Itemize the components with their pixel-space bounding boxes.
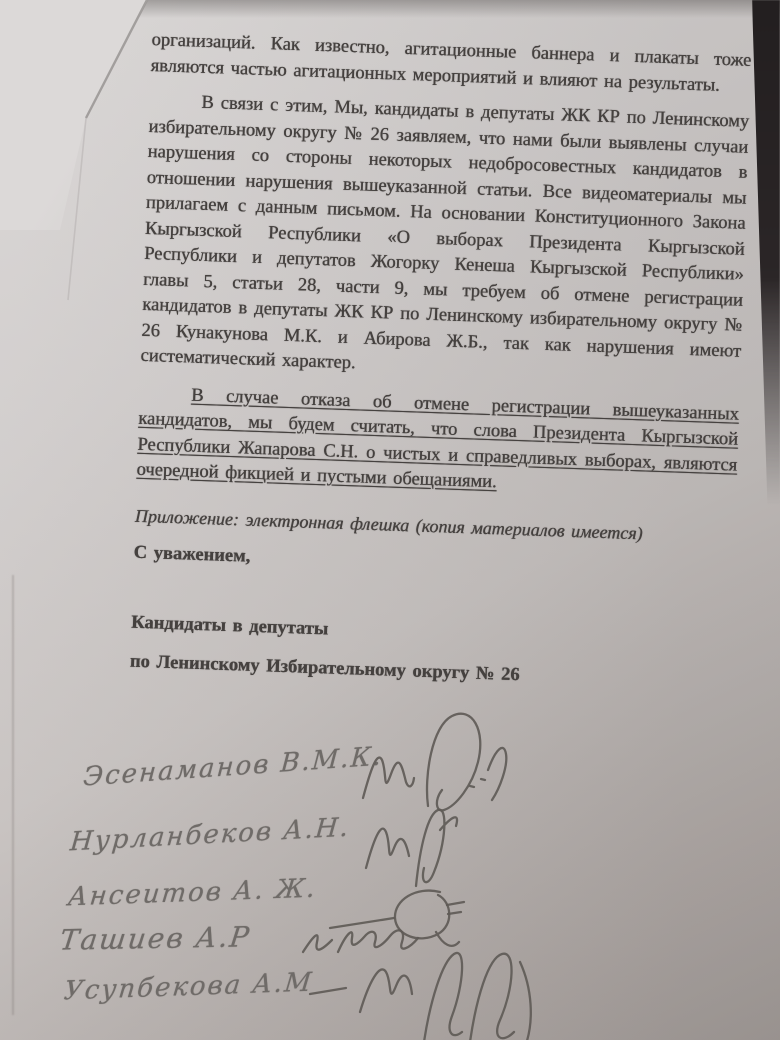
paragraph-violations-demand: В связи с этим, Мы, кандидаты в депутаты… [140,89,749,390]
background-edge-strip [752,0,780,505]
regards-line: С уважением, [133,541,734,587]
page-corner-fold [0,0,160,230]
signature-3-stroke [447,902,464,914]
paper-crease [12,575,14,1015]
signature-2-stroke [366,829,409,868]
document-photo: организаций. Как известно, агитационные … [0,0,780,1040]
signature-3-stroke [395,891,459,946]
signature-4-stroke [303,935,332,952]
signature-5-stroke [424,953,462,1040]
signature-4-stroke [330,918,394,928]
signature-name-tashiev: Ташиев А.Р [58,920,253,956]
signature-1-stroke [427,714,480,811]
signoff-district-line: по Ленинскому Избирательному округу № 26 [129,650,730,696]
signoff-candidates-line: Кандидаты в депутаты [131,610,732,656]
attachment-note: Приложение: электронная флешка (копия ма… [135,503,736,549]
paragraph-banners: организаций. Как известно, агитационные … [150,28,751,100]
signature-1-stroke [470,748,506,800]
signature-5-stroke [360,969,412,1012]
letter-body: организаций. Как известно, агитационные … [129,28,751,696]
signature-4-stroke [338,930,418,952]
signature-2-stroke [416,810,457,886]
signature-5-stroke [470,954,531,1040]
signature-name-anseitov: Ансеитов А. Ж. [66,874,318,913]
signature-name-esenamanov: Эсенаманов В.М.К. [82,741,384,792]
paragraph-refusal-warning: В случае отказа об отмене регистрации вы… [136,381,739,504]
signature-name-nurlanbekov: Нурланбеков А.Н. [69,813,352,858]
signature-name-usupbekova: Усупбекова А.М [62,968,314,1007]
signature-5-stroke [310,988,346,994]
